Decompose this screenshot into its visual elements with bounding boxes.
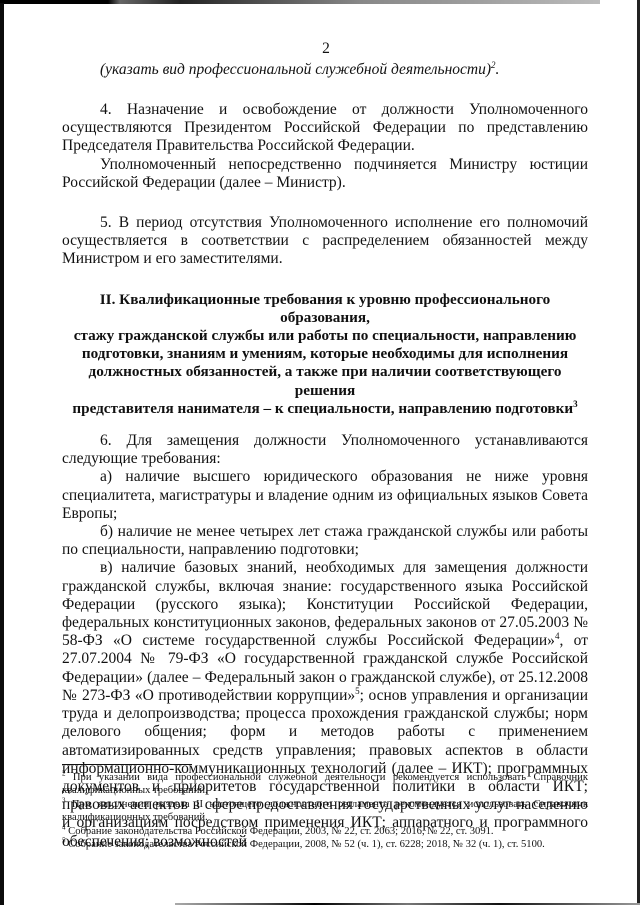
paragraph-4-subordination: Уполномоченный непосредственно подчиняет… [62,156,588,192]
intro-note-text: (указать вид профессиональной служебной … [100,61,491,78]
heading-line-3: подготовки, знаниям и умениям, которые н… [62,345,588,363]
heading-line-5-text: представителя нанимателя – к специальнос… [72,400,573,417]
footnote-3: 3 При заполнении раздела II настоящего д… [62,798,588,825]
footnote-separator [62,764,192,765]
footnote-5: 5 Собрание законодательства Российской Ф… [62,838,588,851]
spacer [62,418,588,432]
paragraph-6a: а) наличие высшего юридического образова… [62,468,588,523]
paragraph-6b: б) наличие не менее четырех лет стажа гр… [62,523,588,559]
heading-line-2: стажу гражданской службы или работы по с… [62,327,588,345]
page-number: 2 [62,40,588,58]
paragraph-6: 6. Для замещения должности Уполномоченно… [62,432,588,468]
paragraph-4: 4. Назначение и освобождение от должност… [62,101,588,156]
spacer [62,269,588,291]
intro-note: (указать вид профессиональной служебной … [100,61,588,79]
section-2-heading: II. Квалификационные требования к уровню… [62,291,588,418]
heading-line-4: должностных обязанностей, а также при на… [62,363,588,399]
document-page: 2 (указать вид профессиональной служебно… [62,40,588,851]
scan-edge-top [0,0,600,4]
footnote-text: Собрание законодательства Российской Фед… [66,839,545,850]
scan-edge-left [0,3,4,905]
footnotes: 2 При указании вида профессиональной слу… [62,771,588,851]
paragraph-6v-part1: в) наличие базовых знаний, необходимых д… [62,559,588,649]
heading-line-1: II. Квалификационные требования к уровню… [62,291,588,327]
heading-line-5: представителя нанимателя – к специальнос… [62,400,588,418]
paragraph-5: 5. В период отсутствия Уполномоченного и… [62,214,588,269]
footnote-4: 4 Собрание законодательства Российской Ф… [62,825,588,838]
footnote-text: Собрание законодательства Российской Фед… [66,826,494,837]
intro-note-end: . [496,61,500,78]
footnote-text: При заполнении раздела II настоящего дол… [62,799,588,823]
footnote-ref-3[interactable]: 3 [573,399,578,409]
spacer [62,79,588,101]
footnote-text: При указании вида профессиональной служе… [62,772,588,796]
footnote-2: 2 При указании вида профессиональной слу… [62,771,588,798]
spacer [62,192,588,214]
